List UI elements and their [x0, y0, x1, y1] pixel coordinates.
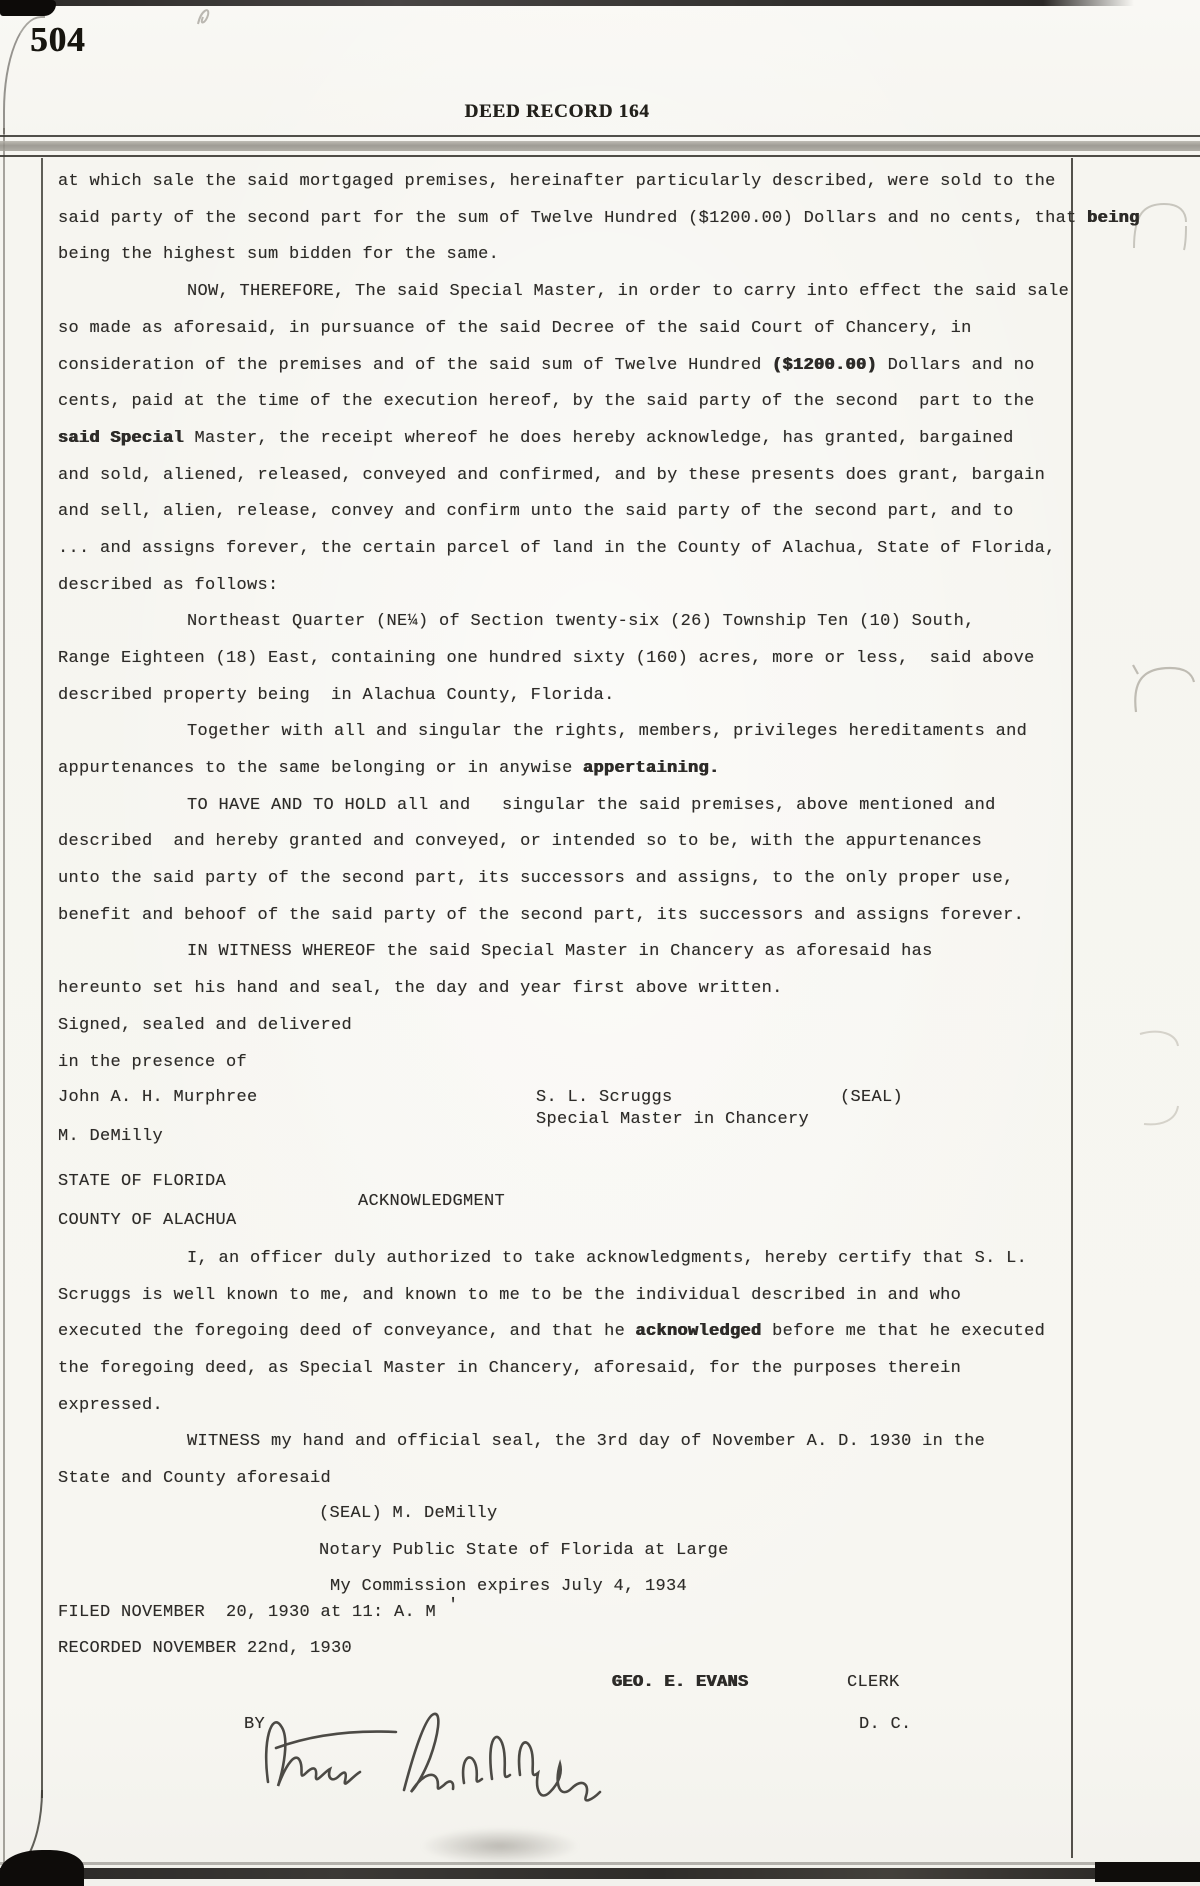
bottom-edge-band — [0, 1868, 1200, 1879]
deed-text-line: I, an officer duly authorized to take ac… — [187, 1247, 1027, 1271]
deed-text-line: State and County aforesaid — [58, 1467, 331, 1491]
deed-text-line: FILED NOVEMBER 20, 1930 at 11: A. M — [58, 1601, 436, 1625]
deed-text-line: appurtenances to the same belonging or i… — [58, 757, 720, 781]
header-divider-rule-thick — [0, 141, 1200, 151]
deed-text-line: the foregoing deed, as Special Master in… — [58, 1357, 961, 1381]
deed-text-line: ... and assigns forever, the certain par… — [58, 537, 1056, 561]
deed-record-page: 504 DEED RECORD 164 at which sale the sa… — [0, 0, 1200, 1886]
handwritten-signature — [252, 1686, 612, 1806]
bottom-smudge — [420, 1828, 580, 1864]
deed-text-line: COUNTY OF ALACHUA — [58, 1209, 237, 1233]
deed-text-line: Signed, sealed and delivered — [58, 1014, 352, 1038]
deed-text-line: ' — [448, 1594, 459, 1618]
header-divider-rule-bottom — [0, 155, 1200, 157]
deed-text-line: being the highest sum bidden for the sam… — [58, 243, 499, 267]
top-scan-ink-strip — [0, 0, 1134, 6]
top-left-ink-blob — [0, 0, 56, 16]
deed-text-line: said party of the second part for the su… — [58, 207, 1140, 231]
deed-text-line: Range Eighteen (18) East, containing one… — [58, 647, 1035, 671]
bottom-left-ink-blob — [0, 1850, 84, 1886]
deed-text-line: ACKNOWLEDGMENT — [358, 1190, 505, 1214]
left-margin-rule — [41, 158, 43, 1798]
deed-text-line: described and hereby granted and conveye… — [58, 830, 982, 854]
deed-text-line: unto the said party of the second part, … — [58, 867, 1014, 891]
bottom-edge-thin-line — [0, 1862, 1200, 1865]
right-margin-rule — [1071, 158, 1073, 1858]
deed-text-line: expressed. — [58, 1394, 163, 1418]
deed-text-line: Notary Public State of Florida at Large — [319, 1539, 729, 1563]
deed-text-line: IN WITNESS WHEREOF the said Special Mast… — [187, 940, 933, 964]
deed-text-line: described as follows: — [58, 574, 279, 598]
bottom-right-ink-blob — [1095, 1862, 1200, 1882]
deed-text-line: Scruggs is well known to me, and known t… — [58, 1284, 961, 1308]
right-margin-pencil-mark-lower — [1130, 1026, 1190, 1130]
deed-text-line: so made as aforesaid, in pursuance of th… — [58, 317, 972, 341]
deed-text-line: (SEAL) — [840, 1086, 903, 1110]
deed-text-line: My Commission expires July 4, 1934 — [330, 1575, 687, 1599]
top-smudge-mark — [194, 4, 216, 30]
deed-text-line: CLERK — [847, 1671, 900, 1695]
right-margin-pencil-mark-middle — [1128, 660, 1198, 720]
deed-text-line: hereunto set his hand and seal, the day … — [58, 977, 783, 1001]
header-divider-rule-top — [0, 135, 1200, 137]
deed-text-line: described property being in Alachua Coun… — [58, 684, 615, 708]
deed-text-line: S. L. Scruggs — [536, 1086, 673, 1110]
deed-text-line: WITNESS my hand and official seal, the 3… — [187, 1430, 985, 1454]
deed-text-line: at which sale the said mortgaged premise… — [58, 170, 1056, 194]
deed-text-line: benefit and behoof of the said party of … — [58, 904, 1024, 928]
deed-text-line: Special Master in Chancery — [536, 1108, 809, 1132]
deed-text-line: D. C. — [859, 1713, 912, 1737]
deed-text-line: John A. H. Murphree — [58, 1086, 258, 1110]
left-page-edge-line — [3, 128, 5, 1886]
deed-text-line: Northeast Quarter (NE¼) of Section twent… — [187, 610, 975, 634]
deed-text-line: executed the foregoing deed of conveyanc… — [58, 1320, 1045, 1344]
deed-text-line: GEO. E. EVANS — [612, 1671, 749, 1695]
deed-text-line: consideration of the premises and of the… — [58, 354, 1035, 378]
deed-text-line: and sold, aliened, released, conveyed an… — [58, 464, 1045, 488]
deed-text-line: NOW, THEREFORE, The said Special Master,… — [187, 280, 1069, 304]
deed-text-line: and sell, alien, release, convey and con… — [58, 500, 1014, 524]
book-title: DEED RECORD 164 — [464, 101, 649, 123]
page-number: 504 — [30, 20, 86, 60]
deed-text-line: RECORDED NOVEMBER 22nd, 1930 — [58, 1637, 352, 1661]
deed-text-line: cents, paid at the time of the execution… — [58, 390, 1035, 414]
deed-text-line: (SEAL) M. DeMilly — [319, 1502, 498, 1526]
deed-text-line: Together with all and singular the right… — [187, 720, 1027, 744]
deed-text-line: STATE OF FLORIDA — [58, 1170, 226, 1194]
deed-text-line: TO HAVE AND TO HOLD all and singular the… — [187, 794, 996, 818]
deed-text-line: said Special Master, the receipt whereof… — [58, 427, 1014, 451]
deed-text-line: M. DeMilly — [58, 1125, 163, 1149]
deed-text-line: in the presence of — [58, 1051, 247, 1075]
